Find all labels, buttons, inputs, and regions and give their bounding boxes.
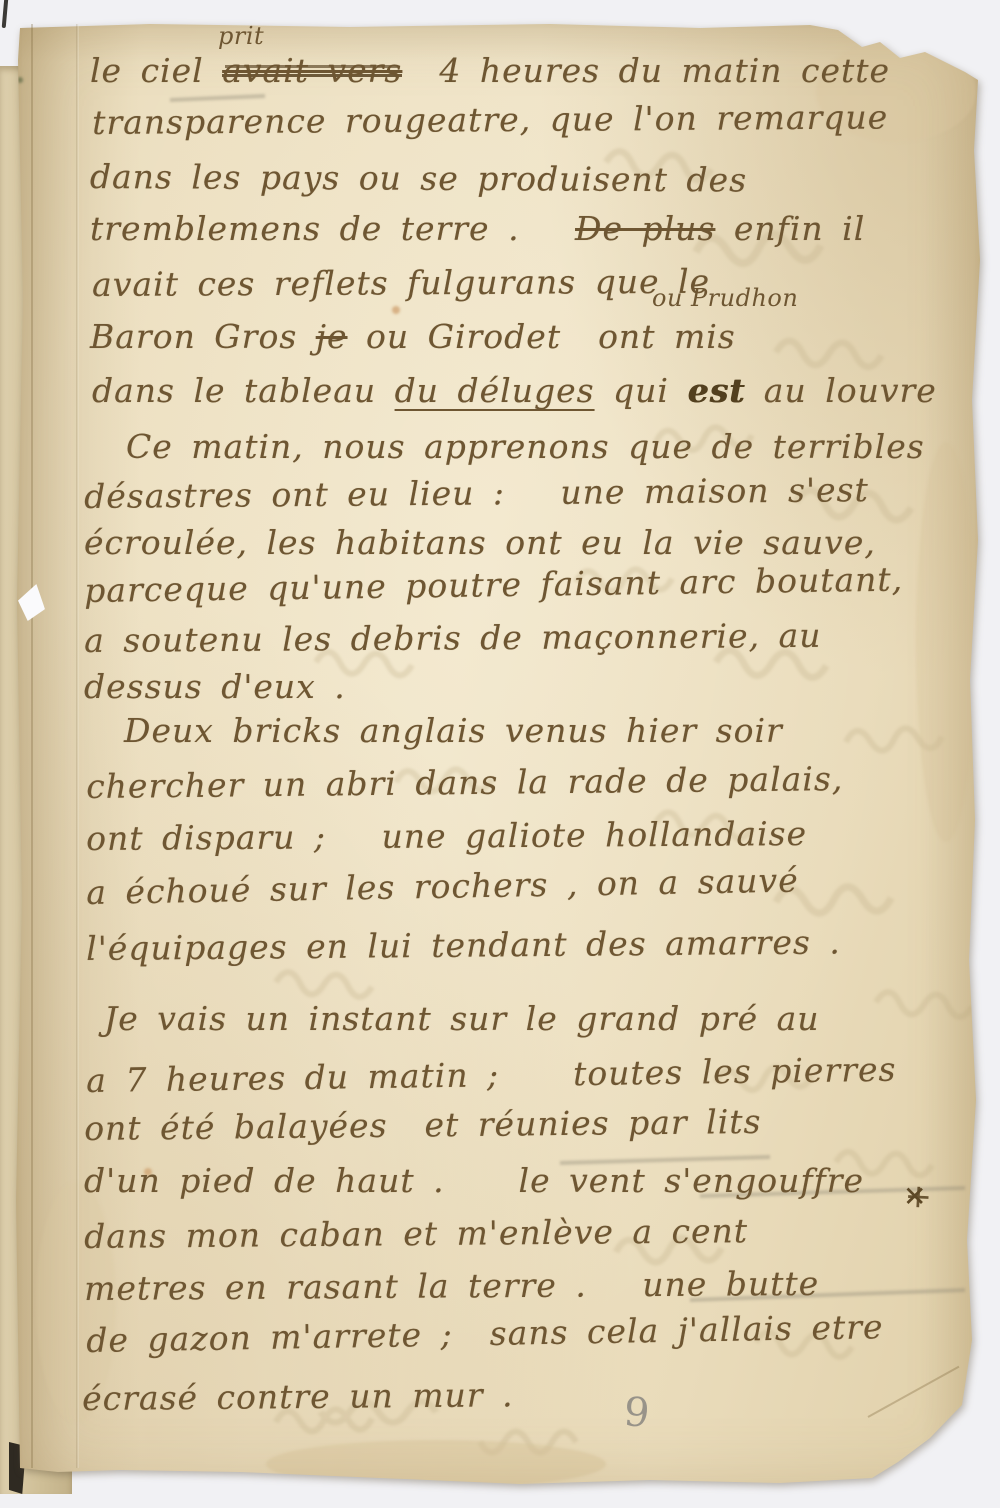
handwritten-text: chercher un abri dans la rade de palais, — [86, 759, 843, 806]
manuscript-line: Je vais un instant sur le grand pré au — [104, 1000, 820, 1038]
manuscript-line: chercher un abri dans la rade de palais, — [86, 760, 843, 806]
manuscript-line: le ciel avait vers 4 heures du matin cet… — [90, 52, 890, 90]
manuscript-line: metres en rasant la terre . une butte — [84, 1265, 819, 1308]
manuscript-line: dans mon caban et m'enlève a cent — [84, 1212, 748, 1256]
manuscript-line: tremblemens de terre . De plus enfin il — [90, 210, 865, 248]
manuscript-line: dessus d'eux . — [84, 668, 346, 706]
handwritten-text: ou Girodet ont mis — [348, 317, 736, 356]
handwritten-text: metres en rasant la terre . une butte — [84, 1264, 819, 1308]
handwritten-text: au louvre — [745, 371, 937, 410]
handwritten-text: qui — [595, 371, 688, 410]
photo-background: le ciel avait vers 4 heures du matin cet… — [0, 0, 1000, 1508]
handwritten-text: Ce matin, nous apprenons que de terrible… — [126, 427, 925, 466]
handwritten-text: désastres ont eu lieu : une maison s'est — [84, 470, 869, 516]
manuscript-line: Deux bricks anglais venus hier soir — [124, 712, 783, 750]
overwrite-text: est — [687, 371, 745, 410]
handwritten-text: l'équipages en lui tendant des amarres . — [86, 922, 841, 968]
handwritten-text: d'un pied de haut . le vent s'engouffre — [84, 1161, 864, 1200]
manuscript-line: a soutenu les debris de maçonnerie, au — [84, 617, 822, 660]
handwritten-text: écrasé contre un mur . — [82, 1375, 514, 1418]
interline-insertion: prit — [218, 24, 264, 48]
handwritten-text: le ciel — [90, 51, 222, 90]
manuscript-text: le ciel avait vers 4 heures du matin cet… — [0, 0, 1000, 1508]
handwritten-text: transparence rougeatre, que l'on remarqu… — [92, 97, 888, 142]
manuscript-line: l'équipages en lui tendant des amarres . — [86, 923, 841, 968]
manuscript-line: ont été balayées et réunies par lits — [84, 1103, 762, 1148]
handwritten-text: ont disparu ; une galiote hollandaise — [86, 814, 807, 858]
handwritten-text: Deux bricks anglais venus hier soir — [124, 711, 783, 750]
manuscript-line: dans le tableau du déluges qui est au lo… — [92, 372, 937, 410]
manuscript-line: de gazon m'arrete ; sans cela j'allais e… — [86, 1308, 884, 1360]
manuscript-line: dans les pays ou se produisent des — [90, 158, 747, 199]
handwritten-text: Baron Gros — [90, 317, 316, 356]
handwritten-text: dessus d'eux . — [84, 667, 346, 706]
scribble-text: avait vers — [222, 51, 402, 90]
manuscript-line: désastres ont eu lieu : une maison s'est — [84, 471, 869, 516]
page-number-pencil: 9 — [622, 1389, 651, 1437]
handwritten-text: a échoué sur les rochers , on a sauvé — [86, 861, 799, 912]
margin-cross-mark: ✕ ✕ — [903, 1180, 937, 1214]
manuscript-line: parceque qu'une poutre faisant arc bouta… — [84, 561, 903, 610]
manuscript-line: a échoué sur les rochers , on a sauvé — [86, 862, 799, 912]
handwritten-text: dans les pays ou se produisent des — [90, 157, 747, 199]
manuscript-line: écroulée, les habitans ont eu la vie sau… — [84, 524, 876, 562]
manuscript-line: écrasé contre un mur . — [82, 1376, 514, 1418]
underline-text: du déluges — [395, 371, 595, 410]
strike-text: De plus — [575, 209, 715, 248]
manuscript-line: transparence rougeatre, que l'on remarqu… — [92, 98, 888, 141]
handwritten-text: dans mon caban et m'enlève a cent — [84, 1211, 748, 1256]
manuscript-line: a 7 heures du matin ; toutes les pierres — [86, 1051, 897, 1100]
handwritten-text: parceque qu'une poutre faisant arc bouta… — [84, 560, 903, 610]
handwritten-text: Je vais un instant sur le grand pré au — [104, 999, 820, 1038]
handwritten-text: avait ces reflets fulgurans que le — [92, 262, 710, 304]
handwritten-text: a 7 heures du matin ; toutes les pierres — [86, 1050, 897, 1100]
handwritten-text: de gazon m'arrete ; sans cela j'allais e… — [86, 1307, 884, 1360]
handwritten-text: tremblemens de terre . — [90, 209, 575, 248]
strike-text: je — [316, 317, 348, 356]
manuscript-line: Ce matin, nous apprenons que de terrible… — [126, 428, 925, 466]
handwritten-text: ont été balayées et réunies par lits — [84, 1102, 762, 1148]
handwritten-text: 4 heures du matin cette — [402, 51, 890, 90]
handwritten-text: écroulée, les habitans ont eu la vie sau… — [84, 523, 876, 562]
manuscript-line: d'un pied de haut . le vent s'engouffre — [84, 1162, 864, 1200]
interline-insertion: ou Prudhon — [652, 286, 798, 310]
handwritten-text: dans le tableau — [92, 371, 395, 410]
manuscript-line: Baron Gros je ou Girodet ont mis — [90, 318, 736, 356]
handwritten-text: enfin il — [715, 209, 865, 248]
handwritten-text: a soutenu les debris de maçonnerie, au — [84, 616, 822, 660]
manuscript-line: ont disparu ; une galiote hollandaise — [86, 815, 807, 858]
manuscript-line: avait ces reflets fulgurans que le — [92, 263, 710, 304]
